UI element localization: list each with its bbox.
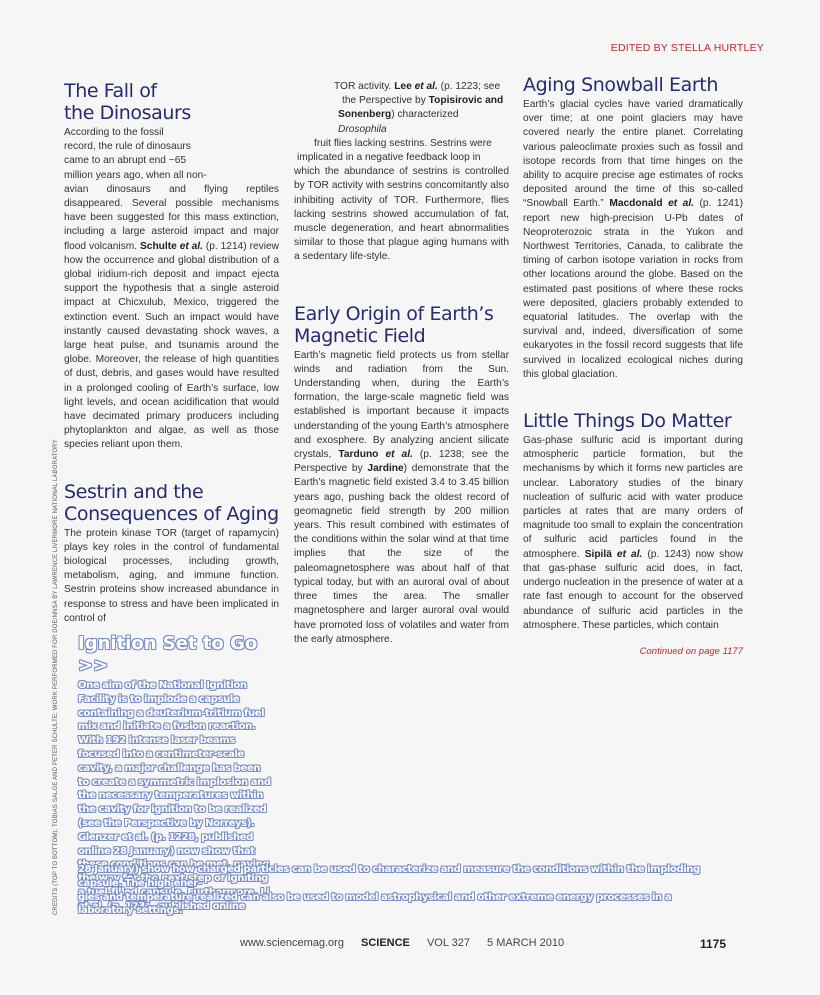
section-title: The Fall of the Dinosaurs xyxy=(64,80,279,124)
section-magnetic-field: Early Origin of Earth’s Magnetic Field E… xyxy=(294,303,509,647)
section-title: Aging Snowball Earth xyxy=(523,74,743,96)
footer-volume: VOL 327 xyxy=(427,937,470,949)
section-snowball-earth: Aging Snowball Earth Earth’s glacial cyc… xyxy=(523,74,743,382)
page-footer: www.sciencemag.org SCIENCE VOL 327 5 MAR… xyxy=(240,937,740,949)
page-number: 1175 xyxy=(700,937,726,951)
continued-link[interactable]: Continued on page 1177 xyxy=(523,645,743,659)
author-ref: Sipilä xyxy=(585,549,612,560)
ignition-body-wide: 28 January) show how charged particles c… xyxy=(78,863,718,918)
section-title: Early Origin of Earth’s Magnetic Field xyxy=(294,303,509,347)
footer-date: 5 MARCH 2010 xyxy=(487,937,564,949)
section-body: which the abundance of sestrins is contr… xyxy=(294,165,509,264)
column-1: The Fall of the Dinosaurs According to t… xyxy=(64,80,279,654)
footer-url[interactable]: www.sciencemag.org xyxy=(240,937,344,949)
intro-line: million years ago, when all non- xyxy=(64,169,279,183)
section-fall-of-dinosaurs: The Fall of the Dinosaurs According to t… xyxy=(64,80,279,453)
section-little-things: Little Things Do Matter Gas-phase sulfur… xyxy=(523,410,743,659)
author-ref: Topisirovic and xyxy=(429,95,504,106)
footer-journal: SCIENCE xyxy=(361,937,410,949)
intro-line: record, the rule of dinosaurs xyxy=(64,140,279,154)
section-sestrin: Sestrin and the Consequences of Aging Th… xyxy=(64,481,279,626)
column-3: Aging Snowball Earth Earth’s glacial cyc… xyxy=(523,74,743,687)
column-2: TOR activity. Lee et al. (p. 1223; see t… xyxy=(294,80,509,675)
intro-line: came to an abrupt end ~65 xyxy=(64,154,279,168)
section-body: The protein kinase TOR (target of rapamy… xyxy=(64,527,279,626)
author-ref: Tarduno xyxy=(338,449,378,460)
author-ref: Macdonald xyxy=(609,198,662,209)
section-body: Earth’s glacial cycles have varied drama… xyxy=(523,98,743,382)
author-ref: Sonenberg xyxy=(338,109,391,120)
ignition-title: Ignition Set to Go >> xyxy=(78,633,273,677)
section-title: Sestrin and the Consequences of Aging xyxy=(64,481,279,525)
section-sestrin-continued: TOR activity. Lee et al. (p. 1223; see t… xyxy=(294,80,509,265)
author-ref: Lee xyxy=(394,81,412,92)
section-body: Gas-phase sulfuric acid is important dur… xyxy=(523,434,743,633)
author-ref: Jardine xyxy=(367,463,403,474)
section-body: avian dinosaurs and flying reptiles disa… xyxy=(64,183,279,453)
section-body: Earth’s magnetic field protects us from … xyxy=(294,349,509,647)
section-title: Little Things Do Matter xyxy=(523,410,743,432)
intro-line: According to the fossil xyxy=(64,126,279,140)
section-ignition: Ignition Set to Go >> One aim of the Nat… xyxy=(78,633,273,914)
author-ref: Schulte xyxy=(140,241,177,252)
photo-credit: CREDITS (TOP TO BOTTOM): TOBIAS SALGE AN… xyxy=(53,439,59,915)
editor-credit: EDITED BY STELLA HURTLEY xyxy=(611,42,764,54)
